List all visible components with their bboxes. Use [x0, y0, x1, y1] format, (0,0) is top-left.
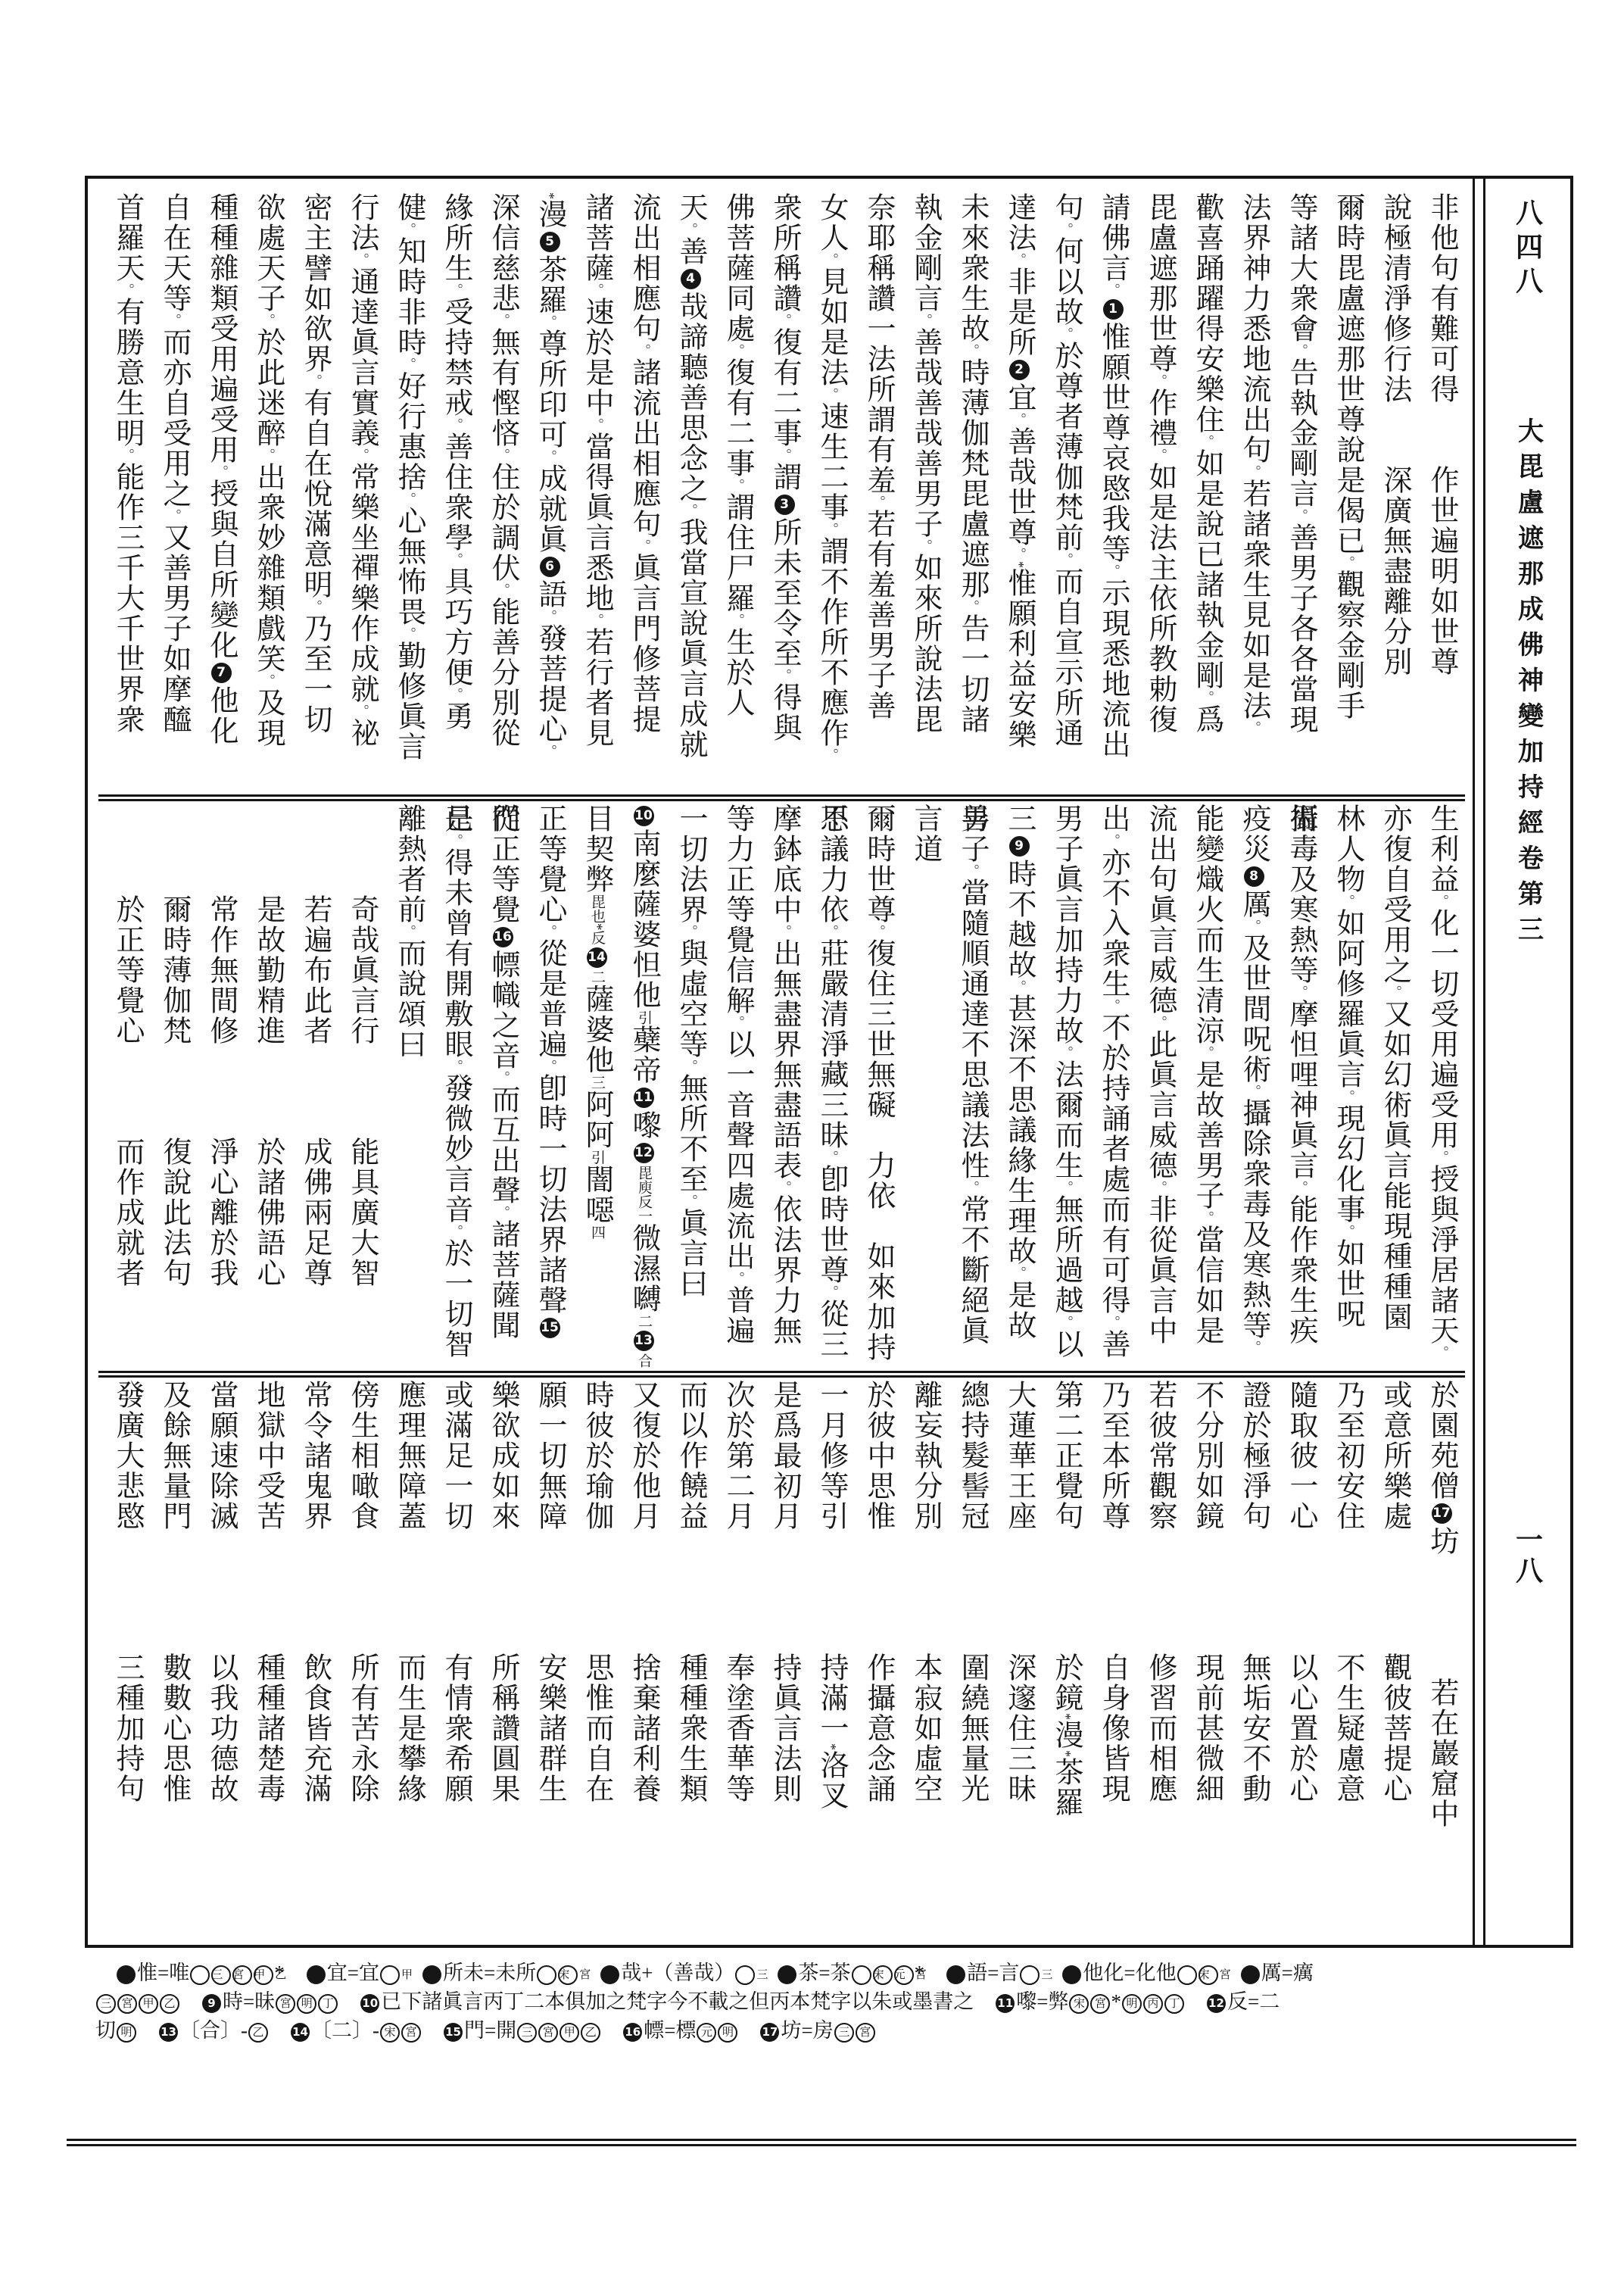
glyph-run: 復說此法句 — [158, 1137, 190, 1288]
glyph-run: 善哉善哉善男子 — [909, 327, 941, 539]
text-column: 疫災8厲。及世間呪術。攝除衆毒及寒熱等。 — [1230, 804, 1277, 1369]
glyph-run: 深信慈悲 — [487, 192, 519, 314]
column-spacer — [205, 804, 237, 894]
column-spacer — [1426, 1556, 1457, 1677]
ideographic-period-mark: 。 — [683, 1060, 698, 1073]
glyph-run: 現幻化事 — [1332, 1103, 1364, 1225]
glyph-run: 出無盡界無盡語表 — [768, 938, 800, 1181]
glyph-run: 出衆妙雜類戲笑 — [252, 462, 284, 674]
text-column: 奇哉眞言行 能具廣大智 — [338, 804, 385, 1369]
column-spacer — [111, 1531, 143, 1653]
glyph-run: 自在天等 — [158, 192, 190, 314]
glyph-run: 離熱者前 — [393, 804, 425, 925]
footnote-line: 三宮甲乙 9時=昧宮明丁 10已下諸眞言丙丁二本俱加之梵字今不載之但丙本梵字以朱… — [95, 1987, 1576, 2016]
footnote-number-mark: 6 — [540, 557, 560, 577]
ideographic-period-mark: 。 — [1011, 548, 1027, 561]
glyph-run: 當願速除滅 — [205, 1380, 237, 1531]
text-column: 發廣大悲愍 三種加持句 — [104, 1380, 151, 1936]
footnote-text: 〔二〕- — [311, 2019, 379, 2042]
glyph-run: 闇噁 — [581, 1165, 613, 1225]
ideographic-period-mark: 。 — [542, 610, 557, 623]
ideographic-period-mark: 。 — [824, 748, 839, 762]
text-column: 流出句眞言威德。此眞言威德。非從眞言中 — [1136, 804, 1183, 1369]
glyph-run: 如是法主依所教勅復 — [1144, 462, 1176, 735]
glyph-run: 等諸大衆會 — [1285, 192, 1317, 344]
ideographic-period-mark: 。 — [354, 448, 369, 462]
footnote-number-mark: 3 — [422, 1965, 441, 1984]
glyph-run: 勇 — [440, 701, 472, 732]
footnote-number-mark: 5 — [778, 1965, 796, 1984]
glyph-run: 句 — [1050, 192, 1082, 223]
glyph-run: 好行惠捨 — [393, 371, 425, 492]
text-column: 乃至本所尊 自身像皆現 — [1089, 1380, 1136, 1936]
footnote-number-mark: 2 — [307, 1965, 326, 1984]
ideographic-period-mark: 。 — [1105, 1315, 1121, 1329]
edition-siglum: 三 — [1020, 1965, 1040, 1985]
text-column: 言道 — [902, 804, 949, 1369]
edition-siglum: 乙 — [254, 1965, 273, 1985]
ideographic-period-mark: 。 — [824, 925, 839, 938]
text-column: 非他句有難可得 作世遍明如世尊 — [1418, 192, 1465, 792]
ideographic-period-mark: 。 — [401, 223, 416, 236]
glyph-run: 爾時薄伽梵 — [158, 894, 190, 1046]
glyph-run: 乃至一切 — [299, 613, 331, 735]
glyph-run: 行法 — [346, 192, 378, 253]
ideographic-period-mark: 。 — [120, 448, 135, 462]
ideographic-period-mark: 。 — [730, 1016, 745, 1029]
footnote-text: 惟=唯 — [137, 1961, 189, 1984]
ideographic-period-mark: 。 — [730, 1272, 745, 1285]
column-spacer — [1285, 1531, 1317, 1653]
glyph-run: 飲食皆充滿 — [299, 1653, 331, 1804]
inline-gloss-annotation: 二 — [636, 1314, 652, 1328]
text-column: 及餘無量門 數數心思惟 — [151, 1380, 198, 1936]
ideographic-period-mark: 。 — [1246, 1340, 1261, 1354]
glyph-run: 無所過越 — [1050, 1194, 1082, 1315]
footnote-number-mark: 9 — [202, 1994, 221, 2013]
glyph-run: 蘗帝 — [628, 1025, 659, 1085]
glyph-run: 於此迷醉 — [252, 327, 284, 448]
ideographic-period-mark: 。 — [495, 583, 510, 597]
inline-gloss-annotation: 毘也*反 — [589, 894, 605, 945]
column-spacer — [1097, 1531, 1129, 1653]
glyph-run: 與虛空等 — [675, 938, 706, 1060]
glyph-run: 漫 — [1050, 1720, 1082, 1750]
glyph-run: 當得眞言悉地 — [581, 432, 613, 613]
glyph-run: 毘盧遮那世尊 — [1144, 192, 1176, 374]
ideographic-period-mark: 。 — [683, 223, 698, 236]
edition-siglum: 宋 — [1069, 1994, 1089, 2014]
glyph-run: 天 — [675, 192, 706, 223]
edition-siglum: 宮 — [211, 1965, 231, 1985]
footnote-text: 宜=宜 — [327, 1961, 379, 1984]
glyph-run: 化一切受用遍受用 — [1426, 908, 1457, 1150]
text-column: 請佛言。1惟願世尊哀愍我等。示現悉地流出 — [1089, 192, 1136, 792]
ideographic-period-mark: 。 — [1152, 1181, 1167, 1194]
glyph-run: 於鏡 — [1050, 1653, 1082, 1713]
footnote-number-mark: 13 — [159, 2023, 178, 2042]
glyph-run: 緣所生 — [440, 192, 472, 283]
ideographic-period-mark: 。 — [1058, 1046, 1074, 1060]
glyph-run: 持滿一 — [815, 1653, 847, 1743]
column-spacer — [534, 1531, 566, 1653]
footnote-number-mark: 15 — [540, 1318, 560, 1338]
ideographic-period-mark: 。 — [214, 465, 229, 479]
footnote-number-mark: 16 — [623, 2023, 642, 2042]
ideographic-period-mark: 。 — [448, 418, 463, 432]
glyph-run: 離妄執分別 — [909, 1380, 941, 1531]
glyph-run: 能作衆生疾 — [1285, 1194, 1317, 1346]
text-column: 男子。當隨順通達不思議法性。常不斷絕眞 — [949, 804, 996, 1369]
glyph-run: 當信如是 — [1191, 1225, 1223, 1346]
text-column: 欲處天子。於此迷醉。出衆妙雜類戲笑。及現 — [245, 192, 291, 792]
ideographic-period-mark: 。 — [1105, 999, 1121, 1013]
text-column: 男子眞言加持力故。法爾而生。無所過越。以 — [1043, 804, 1089, 1369]
glyph-run: 得未曾有開敷眼 — [440, 847, 472, 1060]
glyph-run: 地獄中受苦 — [252, 1380, 284, 1531]
text-column: 未來衆生故。時薄伽梵毘盧遮那。告一切諸 — [949, 192, 996, 792]
text-column: 一切法界。與虛空等。無所不至。眞言曰 — [667, 804, 714, 1369]
column-spacer — [393, 1531, 425, 1653]
edition-siglum: 宋 — [1177, 1965, 1197, 1985]
ideographic-period-mark: 。 — [542, 744, 557, 758]
footnote-number-mark: 4 — [681, 269, 701, 289]
ideographic-period-mark: 。 — [730, 613, 745, 627]
footnote-number-mark: 8 — [1241, 1965, 1260, 1984]
glyph-run: 微濕嚩 — [628, 1223, 659, 1314]
text-column: 等力正等覺信解。以一音聲四處流出。普遍 — [714, 804, 761, 1369]
text-column: 爾時世尊。復住三世無礙 力依 如來加持不 — [855, 804, 902, 1369]
column-spacer — [815, 1531, 847, 1653]
text-column: 緣所生。受持禁戒。善住衆學。具巧方便。勇 — [432, 192, 479, 792]
text-column: 法界神力悉地流出句。若諸衆生見如是法。 — [1230, 192, 1277, 792]
glyph-run: 於尊者薄伽梵前 — [1050, 341, 1082, 553]
glyph-run: 授與淨居諸天 — [1426, 1164, 1457, 1346]
glyph-run: 思惟而自在 — [581, 1653, 613, 1804]
footnote-number-mark: 10 — [634, 806, 654, 826]
glyph-run: 速於是中 — [581, 297, 613, 418]
text-column: 目契弊毘也*反14二薩婆他三阿阿引闇噁四 — [573, 804, 620, 1369]
register-middle: 生利益。化一切受用遍受用。授與淨居諸天。亦復自受用之。又如幻術眞言能現種種園林人… — [98, 804, 1465, 1369]
ideographic-period-mark: 。 — [448, 553, 463, 566]
glyph-run: 乃至初安住 — [1332, 1380, 1364, 1531]
glyph-run: 生利益 — [1426, 804, 1457, 894]
glyph-run: 謂住尸羅 — [722, 492, 753, 613]
footnote-text — [338, 1990, 359, 2013]
glyph-run: 速生二事 — [815, 401, 847, 523]
glyph-run: 大蓮華王座 — [1003, 1380, 1035, 1531]
text-column: 諸菩薩。速於是中。當得眞言悉地。若行者見 — [573, 192, 620, 792]
glyph-run: 摩怛哩神眞言 — [1285, 999, 1317, 1181]
text-column: 又復於他月 捨棄諸利養 — [620, 1380, 667, 1936]
glyph-run: 坊 — [1426, 1526, 1457, 1556]
glyph-run: 心無怖畏 — [393, 506, 425, 627]
footnote-number-mark: 7 — [1062, 1965, 1081, 1984]
glyph-run: 是爲最初月 — [768, 1380, 800, 1531]
ideographic-period-mark: 。 — [1246, 721, 1261, 735]
glyph-run: 及現 — [252, 688, 284, 748]
glyph-run: 或滿足一切 — [440, 1380, 472, 1531]
apparatus-footnotes: 1惟=唯三宮甲乙* 2宜=宜甲 3所未=未所宋宮 4哉+（善哉）三 5茶=茶宋元… — [95, 1958, 1576, 2045]
glyph-run: 應理無障蓋 — [393, 1380, 425, 1531]
text-column: 乃至初安住 不生疑慮意 — [1324, 1380, 1371, 1936]
ideographic-period-mark: 。 — [683, 504, 698, 517]
glyph-run: 總持髮髻冠 — [956, 1380, 988, 1531]
ideographic-period-mark: 。 — [777, 925, 792, 938]
column-spacer — [956, 1531, 988, 1653]
text-column: 次於第二月 奉塗香華等 — [714, 1380, 761, 1936]
glyph-run: 疫災 — [1238, 804, 1270, 864]
text-column: 離熱者前。而說頌曰 — [385, 804, 432, 1369]
text-column: 出。亦不入衆生。不於持誦者處而有可得。善 — [1089, 804, 1136, 1369]
footnote-text — [137, 2019, 157, 2042]
ideographic-period-mark: 。 — [589, 418, 604, 432]
inline-gloss-annotation: 三 — [589, 1075, 605, 1090]
glyph-run: 復有二事 — [722, 357, 753, 479]
footnote-text: 切 — [95, 2019, 116, 2042]
footnote-text: 時=昧 — [223, 1990, 275, 2013]
glyph-run: 住於調伏 — [487, 462, 519, 583]
ideographic-period-mark: 。 — [1387, 985, 1402, 999]
ideographic-period-mark: 。 — [1293, 1181, 1308, 1194]
ideographic-period-mark: 。 — [730, 344, 745, 357]
text-column: 達法。非是所2宜。善哉世尊。*惟願利益安樂 — [996, 192, 1043, 792]
glyph-run: 如來所說法毘 — [909, 553, 941, 735]
column-spacer — [299, 804, 331, 894]
ideographic-period-mark: 。 — [824, 253, 839, 267]
ideographic-period-mark: 。 — [965, 1181, 980, 1194]
column-spacer — [1332, 1531, 1364, 1653]
text-column: 攝毒及寒熱等。摩怛哩神眞言。能作衆生疾 — [1277, 804, 1324, 1369]
column-spacer — [346, 1046, 378, 1137]
glyph-run: 於彼中思惟 — [862, 1380, 894, 1531]
edition-siglum: 明 — [718, 2023, 737, 2043]
glyph-run: 能具廣大智 — [346, 1137, 378, 1288]
ideographic-period-mark: 。 — [824, 1285, 839, 1299]
glyph-run: 而自宣示所通 — [1050, 566, 1082, 748]
running-title: 大毘盧遮那成佛神變加持經卷第三 — [1510, 417, 1547, 951]
text-column: 等諸大衆會。告執金剛言。善男子各各當現 — [1277, 192, 1324, 792]
glyph-run: 善哉世尊 — [1003, 426, 1035, 548]
text-column: 流出相應句。諸流出相應句。眞言門修菩提 — [620, 192, 667, 792]
glyph-run: 生於人 — [722, 627, 753, 718]
glyph-run: 數數心思惟 — [158, 1653, 190, 1804]
glyph-run: 執金剛言 — [909, 192, 941, 314]
inline-gloss-annotation: 引 — [589, 1150, 605, 1165]
glyph-run: 而生是攀緣 — [393, 1653, 425, 1804]
ideographic-period-mark: 。 — [1152, 448, 1167, 462]
text-column: 從正等覺16幖幟之音。而互出聲。諸菩薩聞是 — [479, 804, 526, 1369]
glyph-run: 流出句眞言威德 — [1144, 804, 1176, 1016]
glyph-run: 持眞言法則 — [768, 1653, 800, 1804]
glyph-run: 若有羞善男子善 — [862, 509, 894, 721]
glyph-run: 若遍布此者 — [299, 894, 331, 1046]
glyph-run: 而作成就者 — [111, 1137, 143, 1288]
ideographic-period-mark: 。 — [401, 627, 416, 641]
glyph-run: 種種諸楚毒 — [252, 1653, 284, 1804]
ideographic-period-mark: 。 — [965, 864, 980, 878]
ideographic-period-mark: 。 — [1058, 1315, 1074, 1329]
glyph-run: 所有苦永除 — [346, 1653, 378, 1804]
footnote-text — [1040, 1961, 1061, 1984]
edition-siglum: 宋 — [380, 2023, 400, 2043]
glyph-run: 受持禁戒 — [440, 297, 472, 418]
glyph-run: 不分別如鏡 — [1191, 1380, 1223, 1531]
footnote-number-mark: 2 — [1009, 360, 1030, 380]
column-spacer — [158, 1531, 190, 1653]
ideographic-period-mark: 。 — [965, 600, 980, 613]
ideographic-period-mark: 。 — [401, 357, 416, 371]
glyph-run: 常樂坐禪樂作成就 — [346, 462, 378, 704]
text-column: 總持髮髻冠 圍繞無量光 — [949, 1380, 996, 1936]
glyph-run: 是故善男子 — [1191, 1060, 1223, 1211]
text-column: 時彼於瑜伽 思惟而自在 — [573, 1380, 620, 1936]
glyph-run: 或意所樂處 — [1379, 1380, 1410, 1531]
glyph-run: 觀彼菩提心 — [1379, 1653, 1410, 1804]
text-column: 離妄執分別 本寂如虛空 — [902, 1380, 949, 1936]
edition-siglum: 宮 — [401, 2023, 421, 2043]
column-spacer — [346, 1531, 378, 1653]
edition-siglum: 宋 — [537, 1965, 556, 1985]
glyph-run: 於一切智 — [440, 1238, 472, 1359]
footnote-number-mark: 14 — [587, 947, 607, 968]
footnote-number-mark: 12 — [634, 1143, 654, 1163]
column-spacer — [158, 804, 190, 894]
glyph-run: 若行者見 — [581, 627, 613, 748]
text-column: 常令諸鬼界 飲食皆充滿 — [291, 1380, 338, 1936]
glyph-run: 能善分別從 — [487, 597, 519, 748]
glyph-run: 有自在悅滿意明 — [299, 388, 331, 600]
asterisk-mark: * — [542, 192, 557, 199]
glyph-run: 已 — [440, 804, 472, 834]
glyph-run: 作禮 — [1144, 388, 1176, 448]
column-spacer — [1050, 1531, 1082, 1653]
footnote-text — [1185, 1990, 1205, 2013]
text-column: 大蓮華王座 深邃住三昧 — [996, 1380, 1043, 1936]
footnote-text: * — [915, 1961, 946, 1984]
column-spacer — [299, 1046, 331, 1137]
inline-gloss-annotation: 四 — [589, 1225, 605, 1240]
ideographic-period-mark: 。 — [1340, 556, 1355, 570]
text-column: 首羅天。有勝意生明。能作三千大千世界衆 — [104, 192, 151, 792]
glyph-run: 復住三世無礙 — [862, 938, 894, 1120]
glyph-run: 眞言曰 — [675, 1208, 706, 1299]
asterisk-mark: * — [1011, 561, 1027, 568]
footnote-text: 門=開 — [464, 2019, 516, 2042]
glyph-run: 見如是法 — [815, 267, 847, 388]
footnote-text — [738, 2019, 759, 2042]
inline-gloss-annotation: 毘庾反一 — [636, 1166, 652, 1223]
glyph-run: 無有慳悋 — [487, 327, 519, 448]
ideographic-period-mark: 。 — [871, 495, 886, 509]
ideographic-period-mark: 。 — [1152, 374, 1167, 388]
glyph-run: 所未至令至 — [768, 517, 800, 669]
glyph-run: 發微妙言音 — [440, 1073, 472, 1225]
footnote-number-mark: 5 — [540, 232, 560, 252]
column-spacer — [1191, 1531, 1223, 1653]
glyph-run: 厲 — [1238, 889, 1270, 919]
text-column: 密主譬如欲界。有自在悅滿意明。乃至一切 — [291, 192, 338, 792]
glyph-run: 法界神力悉地流出句 — [1238, 192, 1270, 465]
register-bottom: 於園苑僧17坊 若在巖窟中或意所樂處 觀彼菩提心乃至初安住 不生疑慮意隨取彼一心… — [98, 1380, 1465, 1936]
text-column: 正等覺心。從是普遍。卽時一切法界諸聲15門 — [526, 804, 573, 1369]
ideographic-period-mark: 。 — [495, 314, 510, 327]
glyph-run: 有情衆希願 — [440, 1653, 472, 1804]
glyph-run: 諸流出相應句 — [628, 357, 659, 539]
glyph-run: 通達眞言實義 — [346, 267, 378, 448]
text-column: 若遍布此者 成佛兩足尊 — [291, 804, 338, 1369]
glyph-run: 首羅天 — [111, 192, 143, 283]
ideographic-period-mark: 。 — [120, 283, 135, 297]
ideographic-period-mark: 。 — [1058, 223, 1074, 236]
glyph-run: 茶羅 — [534, 254, 566, 315]
edition-siglum: 宮 — [117, 1994, 137, 2014]
ideographic-period-mark: 。 — [1293, 985, 1308, 999]
footnote-number-mark: 13 — [634, 1331, 654, 1351]
footnote-number-mark: 11 — [996, 1994, 1015, 2013]
glyph-run: 發廣大悲愍 — [111, 1380, 143, 1531]
column-spacer — [909, 1531, 941, 1653]
glyph-run: 未來衆生故 — [956, 192, 988, 344]
text-column: 不分別如鏡 現前甚微細 — [1183, 1380, 1230, 1936]
ideographic-period-mark: 。 — [1434, 1150, 1449, 1164]
text-column: 地獄中受苦 種種諸楚毒 — [245, 1380, 291, 1936]
ideographic-period-mark: 。 — [401, 492, 416, 506]
ideographic-period-mark: 。 — [589, 613, 604, 627]
text-column: 傍生相噉食 所有苦永除 — [338, 1380, 385, 1936]
text-column: 當願速除滅 以我功德故 — [198, 1380, 245, 1936]
glyph-run: 次於第二月 — [722, 1380, 753, 1531]
text-column: 健。知時非時。好行惠捨。心無怖畏。勤修眞言 — [385, 192, 432, 792]
ideographic-period-mark: 。 — [1246, 1085, 1261, 1098]
glyph-run: 授與自所變化 — [205, 479, 237, 660]
asterisk-mark: * — [1058, 1750, 1074, 1757]
edition-siglum: 甲 — [232, 1965, 252, 1985]
glyph-run: 洛叉 — [815, 1750, 847, 1811]
ideographic-period-mark: 。 — [542, 1060, 557, 1073]
glyph-run: 以 — [1050, 1329, 1082, 1359]
ideographic-period-mark: 。 — [448, 1060, 463, 1073]
glyph-run: 本寂如虛空 — [909, 1653, 941, 1804]
ideographic-period-mark: 。 — [1105, 564, 1121, 578]
ideographic-period-mark: 。 — [260, 448, 276, 462]
glyph-run: 眞言門修菩提 — [628, 553, 659, 735]
glyph-run: 依法界力無 — [768, 1194, 800, 1346]
footnote-text — [756, 1961, 776, 1984]
glyph-run: 出 — [1097, 804, 1129, 834]
glyph-run: 於諸佛語心 — [252, 1137, 284, 1288]
edition-siglum: 三 — [735, 1965, 755, 1985]
ideographic-period-mark: 。 — [777, 314, 792, 327]
glyph-run: 作世遍明如世尊 — [1426, 465, 1457, 677]
glyph-run: 甚深不思議緣生理故 — [1003, 994, 1035, 1266]
glyph-run: 時薄伽梵毘盧遮那 — [956, 357, 988, 600]
glyph-run: 善 — [1097, 1329, 1129, 1359]
glyph-run: 奉塗香華等 — [722, 1653, 753, 1804]
text-column: 隨取彼一心 以心置於心 — [1277, 1380, 1324, 1936]
glyph-run: 林人物 — [1332, 804, 1364, 894]
glyph-run: 又善男子如摩醯 — [158, 523, 190, 735]
glyph-run: 卽時世尊 — [815, 1164, 847, 1285]
footnote-number-mark: 17 — [1432, 1503, 1452, 1524]
glyph-run: 嚟 — [628, 1110, 659, 1141]
glyph-run: 自身像皆現 — [1097, 1653, 1129, 1804]
glyph-run: 思議力依 — [815, 804, 847, 925]
glyph-run: 一月修等引 — [815, 1380, 847, 1531]
glyph-run: 若在巖窟中 — [1426, 1677, 1457, 1829]
glyph-run: 當隨順通達不思議法性 — [956, 878, 988, 1181]
footnote-number-mark: 9 — [1009, 836, 1030, 857]
